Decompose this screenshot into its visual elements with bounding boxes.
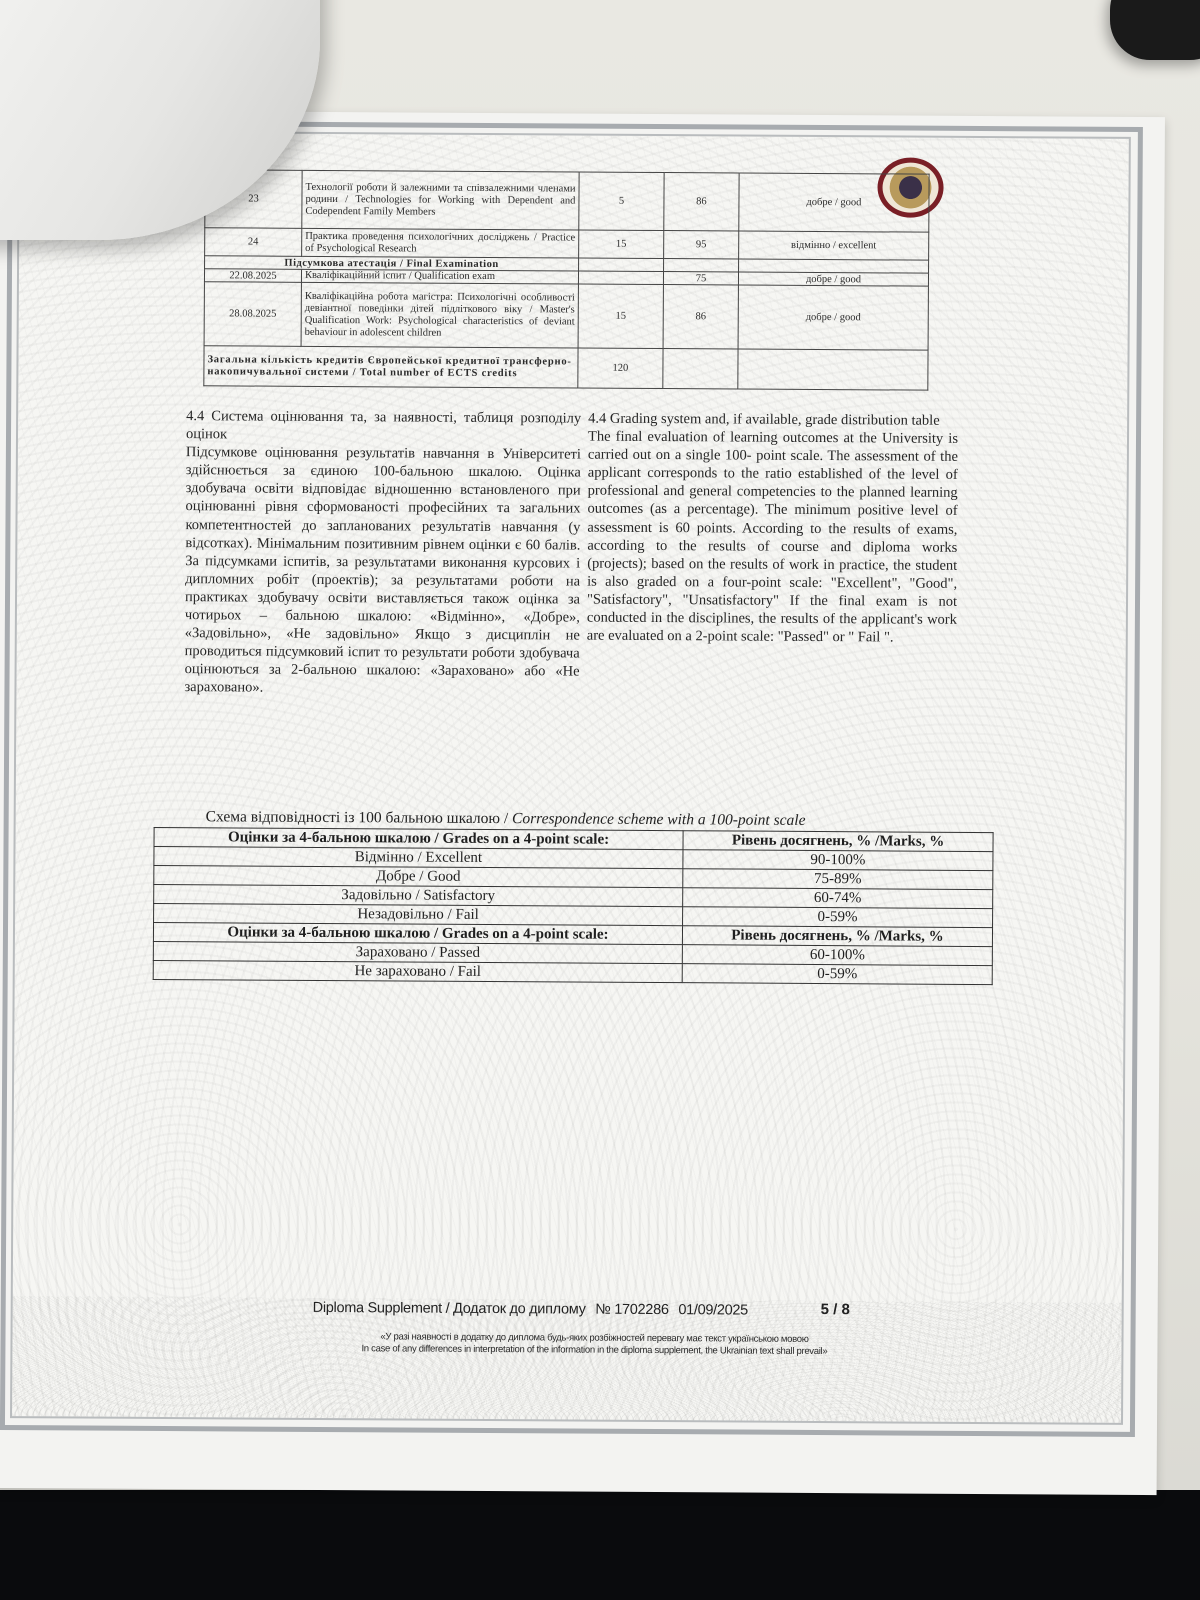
grade-cell: Не зараховано / Fail <box>153 960 682 982</box>
diploma-supplement-page: 23 Технології роботи й залежними та спів… <box>0 110 1165 1495</box>
table-row: 24 Практика проведення психологічних дос… <box>205 228 929 260</box>
section-body: Підсумкове оцінювання результатів навчан… <box>184 443 581 699</box>
course-name: Технології роботи й залежними та співзал… <box>302 170 579 230</box>
supplement-number: № 1702286 <box>595 1302 668 1318</box>
empty-cell <box>738 349 928 390</box>
course-name: Практика проведення психологічних дослід… <box>302 228 579 258</box>
marks-cell: 0-59% <box>683 907 993 928</box>
marks-cell: 75-89% <box>683 869 993 890</box>
course-grade: добре / good <box>739 173 929 232</box>
table-row: 23 Технології роботи й залежними та спів… <box>205 170 929 232</box>
grading-system-ukrainian: 4.4 Система оцінювання та, за наявності,… <box>184 407 581 699</box>
correspondence-table: Оцінки за 4-бальною шкалою / Grades on a… <box>153 827 994 985</box>
empty-cell <box>579 258 664 272</box>
section-heading: 4.4 Grading system and, if available, gr… <box>588 410 958 430</box>
supplement-date: 01/09/2025 <box>678 1302 748 1318</box>
grading-system-english: 4.4 Grading system and, if available, gr… <box>587 410 958 647</box>
exam-date: 22.08.2025 <box>204 269 301 283</box>
exam-score: 86 <box>663 285 738 349</box>
marks-cell: 60-74% <box>683 888 993 909</box>
exam-date: 28.08.2025 <box>204 282 301 347</box>
course-number: 24 <box>205 228 302 257</box>
exam-credits <box>578 271 663 285</box>
total-credits-label: Загальна кількість кредитів Європейської… <box>204 346 578 388</box>
total-credits-value: 120 <box>578 348 663 389</box>
courses-table: 23 Технології роботи й залежними та спів… <box>203 169 929 390</box>
exam-score: 75 <box>663 272 738 285</box>
caption-en: Correspondence scheme with a 100-point s… <box>512 810 806 829</box>
exam-name: Кваліфікаційний іспит / Qualification ex… <box>301 269 578 284</box>
footer-title-line: Diploma Supplement / Додаток до диплому … <box>313 1300 754 1319</box>
table-row: 28.08.2025 Кваліфікаційна робота магістр… <box>204 282 928 350</box>
empty-cell <box>664 259 739 272</box>
empty-cell <box>663 349 738 389</box>
footer-note: «У разі наявності в додатку до диплома б… <box>304 1331 884 1359</box>
section-heading: 4.4 Система оцінювання та, за наявності,… <box>186 407 581 446</box>
section-body: The final evaluation of learning outcome… <box>587 428 958 647</box>
empty-cell <box>739 259 929 273</box>
marks-cell: 60-100% <box>682 945 992 966</box>
exam-name: Кваліфікаційна робота магістра: Психолог… <box>301 282 578 348</box>
course-score: 95 <box>664 231 739 259</box>
total-row: Загальна кількість кредитів Європейської… <box>204 346 928 390</box>
column-header-marks: Рівень досягнень, % /Marks, % <box>683 831 993 852</box>
course-credits: 15 <box>579 230 664 259</box>
dark-object <box>1110 0 1200 60</box>
exam-credits: 15 <box>578 284 663 349</box>
course-grade: відмінно / excellent <box>739 231 929 260</box>
column-header-grade: Оцінки за 4-бальною шкалою / Grades on a… <box>153 922 682 944</box>
exam-grade: добре / good <box>738 285 928 350</box>
course-credits: 5 <box>579 172 664 231</box>
correspondence-caption: Схема відповідності із 100 бальною шкало… <box>206 808 806 830</box>
marks-cell: 90-100% <box>683 850 993 871</box>
exam-grade: добре / good <box>738 272 928 286</box>
column-header-grade: Оцінки за 4-бальною шкалою / Grades on a… <box>154 827 683 849</box>
column-header-marks: Рівень досягнень, % /Marks, % <box>682 926 992 947</box>
course-score: 86 <box>664 173 739 231</box>
footer-title: Diploma Supplement / Додаток до диплому <box>313 1300 586 1318</box>
caption-ua: Схема відповідності із 100 бальною шкало… <box>206 808 512 827</box>
dark-surface <box>0 1490 1200 1600</box>
marks-cell: 0-59% <box>682 964 992 985</box>
page-number: 5 / 8 <box>821 1301 850 1318</box>
